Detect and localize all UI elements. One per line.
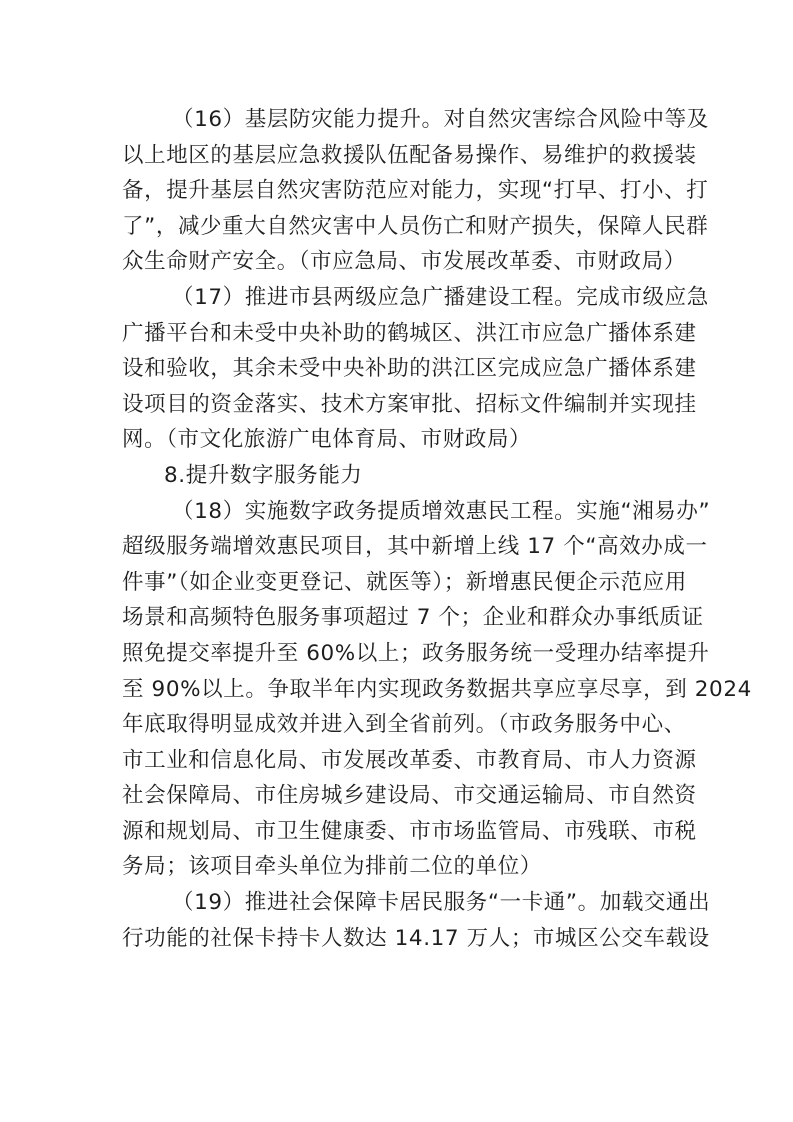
- paragraph-item-16: （16）基层防灾能力提升。对自然灾害综合风险中等及 以上地区的基层应急救援队伍配…: [122, 102, 674, 280]
- text-line: （18）实施数字政务提质增效惠民工程。实施“湘易办”: [122, 494, 674, 530]
- paragraph-item-19: （19）推进社会保障卡居民服务“一卡通”。加载交通出 行功能的社保卡持卡人数达 …: [122, 885, 674, 956]
- text-line: 务局；该项目牵头单位为排前二位的单位）: [122, 849, 674, 885]
- text-line: 设项目的资金落实、技术方案审批、招标文件编制并实现挂: [122, 387, 674, 423]
- text-line: 网。（市文化旅游广电体育局、市财政局）: [122, 422, 674, 458]
- text-line: 源和规划局、市卫生健康委、市市场监管局、市残联、市税: [122, 814, 674, 850]
- text-line: 场景和高频特色服务事项超过 7 个；企业和群众办事纸质证: [122, 600, 674, 636]
- paragraph-item-18: （18）实施数字政务提质增效惠民工程。实施“湘易办” 超级服务端增效惠民项目，其…: [122, 494, 674, 886]
- text-line: 众生命财产安全。（市应急局、市发展改革委、市财政局）: [122, 244, 674, 280]
- text-line: （19）推进社会保障卡居民服务“一卡通”。加载交通出: [122, 885, 674, 921]
- text-line: 至 90%以上。争取半年内实现政务数据共享应享尽享，到 2024: [122, 672, 674, 708]
- paragraph-item-17: （17）推进市县两级应急广播建设工程。完成市级应急 广播平台和未受中央补助的鹤城…: [122, 280, 674, 458]
- text-line: 了”，减少重大自然灾害中人员伤亡和财产损失，保障人民群: [122, 209, 674, 245]
- text-line: 照免提交率提升至 60%以上；政务服务统一受理办结率提升: [122, 636, 674, 672]
- text-line: 件事”（如企业变更登记、就医等）；新增惠民便企示范应用: [122, 565, 674, 601]
- text-line: 年底取得明显成效并进入到全省前列。（市政务服务中心、: [122, 707, 674, 743]
- text-line: （17）推进市县两级应急广播建设工程。完成市级应急: [122, 280, 674, 316]
- text-line: 社会保障局、市住房城乡建设局、市交通运输局、市自然资: [122, 778, 674, 814]
- text-line: 行功能的社保卡持卡人数达 14.17 万人；市城区公交车载设: [122, 921, 674, 957]
- section-heading: 8.提升数字服务能力: [122, 458, 674, 494]
- text-line: 超级服务端增效惠民项目，其中新增上线 17 个“高效办成一: [122, 529, 674, 565]
- text-line: 备，提升基层自然灾害防范应对能力，实现“打早、打小、打: [122, 173, 674, 209]
- document-page: （16）基层防灾能力提升。对自然灾害综合风险中等及 以上地区的基层应急救援队伍配…: [122, 102, 674, 956]
- text-line: 以上地区的基层应急救援队伍配备易操作、易维护的救援装: [122, 138, 674, 174]
- text-line: （16）基层防灾能力提升。对自然灾害综合风险中等及: [122, 102, 674, 138]
- text-line: 设和验收，其余未受中央补助的洪江区完成应急广播体系建: [122, 351, 674, 387]
- text-line: 市工业和信息化局、市发展改革委、市教育局、市人力资源: [122, 743, 674, 779]
- text-line: 广播平台和未受中央补助的鹤城区、洪江市应急广播体系建: [122, 316, 674, 352]
